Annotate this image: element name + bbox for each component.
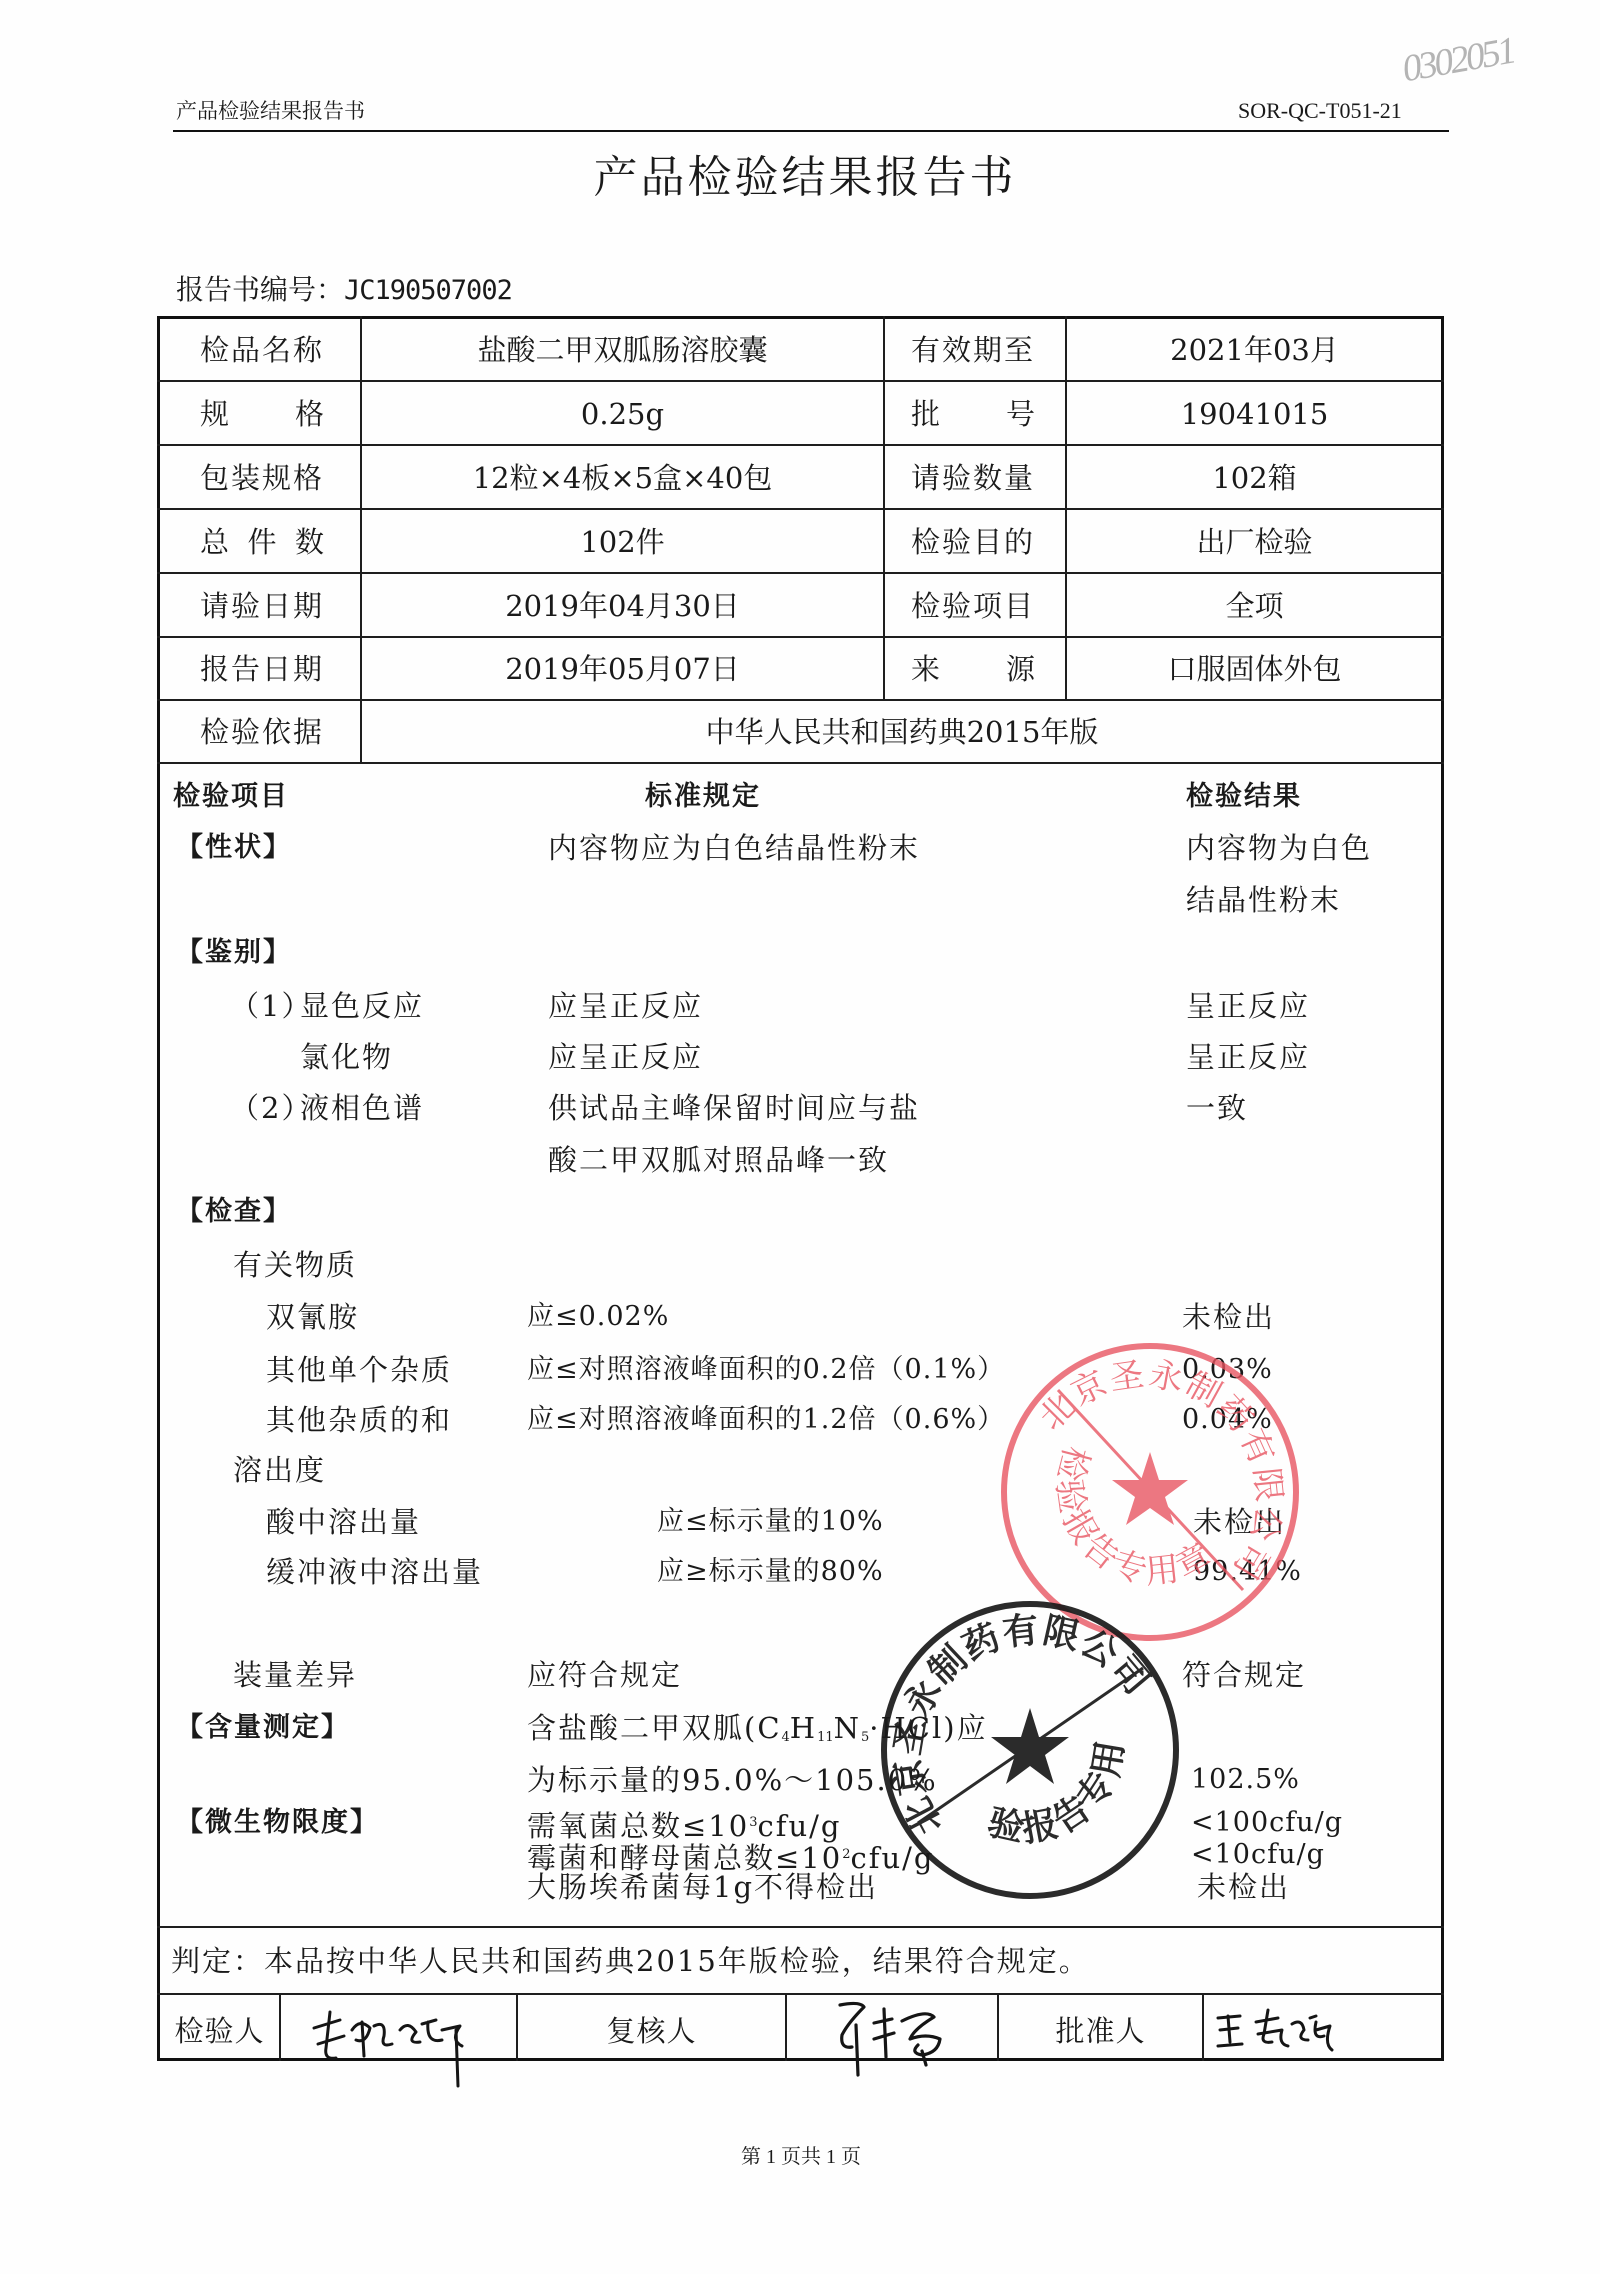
section-appearance: 【性状】: [176, 831, 292, 865]
row-divider: [157, 1993, 1444, 1995]
label-product-name: 检品名称: [160, 318, 360, 381]
section-microbial: 【微生物限度】: [176, 1806, 379, 1840]
microbial-result-2: <10cfu/g: [1191, 1839, 1325, 1871]
value-packing: 12粒×4板×5盒×40包: [362, 446, 883, 509]
id-item-2: 氯化物: [300, 1040, 393, 1074]
value-qty: 102箱: [1067, 446, 1442, 509]
formula-prefix: 含盐酸二甲双胍(C: [527, 1711, 782, 1745]
id-standard-3-line2: 酸二甲双胍对照品峰一致: [548, 1143, 889, 1177]
formula-h: H: [790, 1711, 817, 1745]
approver-signature: [1212, 2000, 1352, 2070]
label-source-a: 来: [911, 651, 942, 687]
test-standard-2: 应≤对照溶液峰面积的0.2倍（0.1%）: [527, 1354, 1005, 1386]
col-divider: [279, 1993, 281, 2061]
label-batch-a: 批: [911, 396, 942, 432]
value-report-date: 2019年05月07日: [362, 637, 883, 700]
conclusion: 判定：本品按中华人民共和国药典2015年版检验，结果符合规定。: [171, 1944, 1090, 1978]
value-product-name: 盐酸二甲双胍肠溶胶囊: [362, 318, 883, 381]
dissolution-standard-2: 应≥标示量的80%: [657, 1556, 884, 1588]
result-appearance-2: 结晶性粉末: [1186, 883, 1341, 917]
label-total: 总件数: [160, 510, 360, 573]
id-result-2: 呈正反应: [1186, 1040, 1310, 1074]
microbial-standard-3: 大肠埃希菌每1g不得检出: [527, 1870, 878, 1904]
value-items: 全项: [1067, 574, 1442, 637]
id-result-1: 呈正反应: [1186, 989, 1310, 1023]
label-spec-a: 规: [200, 396, 231, 432]
section-identification: 【鉴别】: [176, 936, 292, 970]
dissolution-heading: 溶出度: [233, 1453, 326, 1487]
report-number-label: 报告书编号：: [176, 273, 344, 306]
id-standard-2: 应呈正反应: [548, 1040, 703, 1074]
label-qty: 请验数量: [885, 446, 1065, 509]
value-expiry: 2021年03月: [1067, 318, 1442, 381]
label-batch-b: 号: [1006, 396, 1037, 432]
fill-variation-result: 符合规定: [1182, 1658, 1306, 1692]
inspector-label: 检验人: [160, 1996, 279, 2062]
report-number: 报告书编号：JC190507002: [176, 272, 512, 309]
reviewer-signature: [830, 1995, 970, 2085]
section-assay: 【含量测定】: [176, 1711, 350, 1745]
inspector-signature: [300, 2000, 500, 2090]
report-number-value: JC190507002: [344, 275, 512, 306]
label-total-c: 数: [295, 524, 326, 560]
value-spec: 0.25g: [362, 382, 883, 445]
test-result-1: 未检出: [1182, 1300, 1275, 1334]
id-result-3: 一致: [1186, 1091, 1248, 1125]
microbial-result-3: 未检出: [1197, 1870, 1290, 1904]
id-standard-1: 应呈正反应: [548, 989, 703, 1023]
id-item-3: 液相色谱: [300, 1091, 424, 1125]
formula-sub: 4: [782, 1730, 790, 1745]
label-source: 来源: [885, 637, 1065, 700]
col-divider: [785, 1993, 787, 2061]
label-batch: 批号: [885, 382, 1065, 445]
value-basis: 中华人民共和国药典2015年版: [362, 700, 1442, 763]
value-request-date: 2019年04月30日: [362, 574, 883, 637]
test-standard-1: 应≤0.02%: [527, 1301, 669, 1333]
label-items: 检验项目: [885, 574, 1065, 637]
label-spec: 规格: [160, 382, 360, 445]
fill-variation-standard: 应符合规定: [527, 1658, 682, 1692]
test-standard-3: 应≤对照溶液峰面积的1.2倍（0.6%）: [527, 1404, 1005, 1436]
formula-n: N: [834, 1711, 861, 1745]
label-total-a: 总: [200, 524, 231, 560]
label-basis: 检验依据: [160, 700, 360, 763]
page-footer: 第 1 页共 1 页: [0, 2140, 1600, 2169]
col-header-result: 检验结果: [1186, 780, 1302, 814]
col-header-item: 检验项目: [173, 780, 289, 814]
assay-standard-line2: 为标示量的95.0%～105.0%: [527, 1763, 938, 1797]
col-divider: [1202, 1993, 1204, 2061]
document-title: 产品检验结果报告书: [0, 150, 1600, 206]
dissolution-standard-1: 应≤标示量的10%: [657, 1506, 884, 1538]
label-report-date: 报告日期: [160, 637, 360, 700]
formula-sub: 11: [817, 1730, 834, 1745]
section-tests: 【检查】: [176, 1195, 292, 1229]
approver-label: 批准人: [999, 1996, 1202, 2062]
microbial-result-1: <100cfu/g: [1191, 1807, 1343, 1839]
test-item-2: 其他单个杂质: [266, 1353, 452, 1387]
result-appearance-1: 内容物为白色: [1186, 831, 1372, 865]
form-code: SOR-QC-T051-21: [1238, 98, 1402, 124]
col-header-standard: 标准规定: [645, 780, 761, 814]
label-spec-b: 格: [295, 396, 326, 432]
assay-result: 102.5%: [1191, 1764, 1300, 1796]
test-item-1: 双氰胺: [266, 1300, 359, 1334]
value-source: 口服固体外包: [1067, 637, 1442, 700]
reviewer-label: 复核人: [518, 1996, 785, 2062]
black-inspection-seal: 北京圣永制药有限公司 检验报告专用章: [878, 1598, 1182, 1902]
id-standard-3: 供试品主峰保留时间应与盐: [548, 1091, 920, 1125]
page-header-title: 产品检验结果报告书: [176, 98, 365, 124]
value-purpose: 出厂检验: [1067, 510, 1442, 573]
related-substances-heading: 有关物质: [233, 1248, 357, 1282]
dissolution-item-2: 缓冲液中溶出量: [266, 1555, 483, 1589]
label-total-b: 件: [247, 524, 278, 560]
row-divider: [157, 1926, 1444, 1928]
label-purpose: 检验目的: [885, 510, 1065, 573]
label-request-date: 请验日期: [160, 574, 360, 637]
label-source-b: 源: [1006, 651, 1037, 687]
test-item-3: 其他杂质的和: [266, 1403, 452, 1437]
standard-appearance: 内容物应为白色结晶性粉末: [548, 831, 920, 865]
id-item-1: 显色反应: [300, 989, 424, 1023]
label-packing: 包装规格: [160, 446, 360, 509]
value-batch: 19041015: [1067, 382, 1442, 445]
fill-variation-item: 装量差异: [233, 1658, 357, 1692]
label-expiry: 有效期至: [885, 318, 1065, 381]
header-divider: [173, 130, 1449, 132]
value-total: 102件: [362, 510, 883, 573]
handwritten-number: 0302051: [1399, 29, 1517, 92]
dissolution-item-1: 酸中溶出量: [266, 1505, 421, 1539]
